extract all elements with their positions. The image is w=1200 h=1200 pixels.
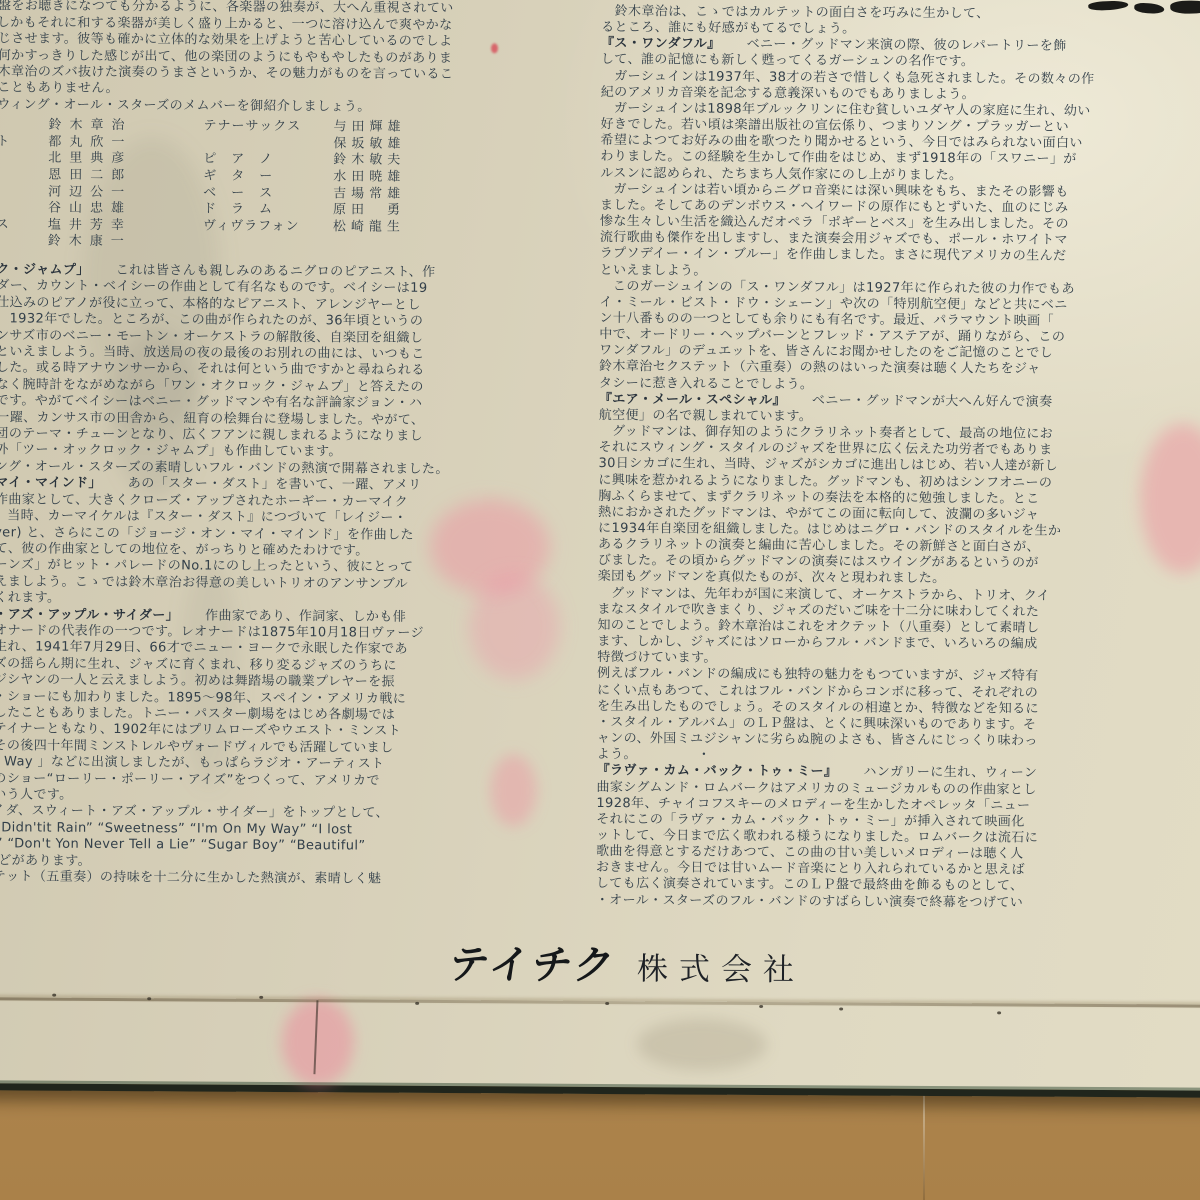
member-row: 鈴木康一 [0,234,590,254]
song-title-bold: ロック・ジャムプ」 [0,262,90,278]
song-title-bold: 『ス・ワンダフル』 [601,36,721,52]
member-name: 松崎龍生 [333,219,590,237]
wood-seam-line [923,1090,925,1200]
instrument-label-clipped [0,234,48,251]
member-name: 北里典彦 [48,151,203,169]
dust-speck [839,1007,843,1010]
instrument-label [203,135,333,152]
song-title-bold: 『エア・メール・スペシャル』 [599,392,786,408]
instrument-label [203,235,333,252]
member-name: 都丸欣一 [48,134,203,152]
teichiku-logo: テイチク [445,933,621,991]
band-members-list: ット鈴木章治テナーサックス与田輝雄 ペット都丸欣一保坂敏雄 北里典彦ピ ア ノ鈴… [0,117,591,254]
instrument-label-clipped: ペット [0,134,48,151]
section-georgia-on-my-mind: ン・マイ・マインド」あの「スター・ダスト」を書いて、一躍、アメリ楽の作曲家として… [0,475,588,610]
section-sweet-as-apple-cider: ート・アズ・アップル・サイダー」作曲家であり、作詞家、しかも俳・レオナードの代表… [0,607,588,890]
instrument-label-clipped: ット [0,117,49,134]
song-title-bold: ート・アズ・アップル・サイダー」 [0,607,179,623]
photo-lp-back-cover: 特値をどう……ＬＰ盤をお聴きになつても分かるように、各楽器の独奏が、大へん重視さ… [0,0,1200,1200]
member-name: 鈴木章治 [48,118,203,136]
member-name: 塩井芳幸 [48,217,203,235]
intro-paragraph: 特値をどう……ＬＰ盤をお聴きになつても分かるように、各楽器の独奏が、大へん重視さ… [0,0,591,117]
record-sleeve-back: 特値をどう……ＬＰ盤をお聴きになつても分かるように、各楽器の独奏が、大へん重視さ… [0,0,1200,1098]
member-name [333,236,590,254]
instrument-label-clipped [0,200,48,217]
gray-smudge [637,1018,767,1071]
paper-crack [313,1000,318,1074]
instrument-label-clipped: ックス [0,217,48,234]
liner-notes-right-column: 鈴木章治は、こゝではカルテットの面白さを巧みに生かして、るところ、誰にも好感がも… [596,4,1200,913]
text-line: ・オール・スターズのフル・バンドのすばらしい演奏で終幕をつげてい [596,893,1200,913]
instrument-label-clipped [0,151,48,168]
member-name: 与田輝雄 [333,120,590,138]
dust-speck [52,994,56,997]
section-one-oclock-jump: ロック・ジャムプ」これは皆さんも親しみのあるニグロのピアニスト、作リーダー、カウ… [0,262,590,479]
instrument-label-clipped [0,167,48,184]
text-line: インテット（五重奏）の持味を十二分に生かした熱演が、素晴しく魅 [0,869,586,889]
member-name: 恩田二郎 [48,168,203,186]
instrument-label: ピ ア ノ [203,152,333,169]
company-name-suffix: 株式会社 [637,943,805,989]
instrument-label: テナーサックス [203,119,333,136]
text-line: とスウィング・オール・スターズのメムバーを御紹介しましょう。 [0,97,591,117]
member-name: 吉場常雄 [333,186,590,204]
song-title-bold: ン・マイ・マインド」 [0,475,102,491]
instrument-label-clipped: ーン [0,184,48,201]
dust-speck [759,1005,763,1008]
dust-speck [415,1002,419,1005]
fold-crease-line [0,997,1200,1008]
member-name: 河辺公一 [48,184,203,202]
publisher-line: テイチク 株式会社 [449,933,805,992]
dust-speck [997,1011,1001,1014]
liner-notes-left-column: 特値をどう……ＬＰ盤をお聴きになつても分かるように、各楽器の独奏が、大へん重視さ… [0,0,591,889]
instrument-label: ヴィヴラフォン [203,218,333,235]
member-name: 原田 勇 [333,203,590,221]
member-name: 鈴木康一 [48,234,203,252]
black-mark [1170,0,1200,14]
instrument-label: ド ラ ム [203,202,333,219]
member-name: 水田暁雄 [333,169,590,187]
dust-speck [259,996,263,999]
song-title-bold: 『ラヴァ・カム・バック・トゥ・ミー』 [597,763,838,779]
dust-speck [147,997,151,1000]
member-name: 谷山忠雄 [48,201,203,219]
instrument-label: ギ タ ー [203,169,333,186]
instrument-label: ベ ー ス [203,185,333,202]
member-name: 鈴木敏夫 [333,153,590,171]
dust-speck [605,1002,609,1005]
